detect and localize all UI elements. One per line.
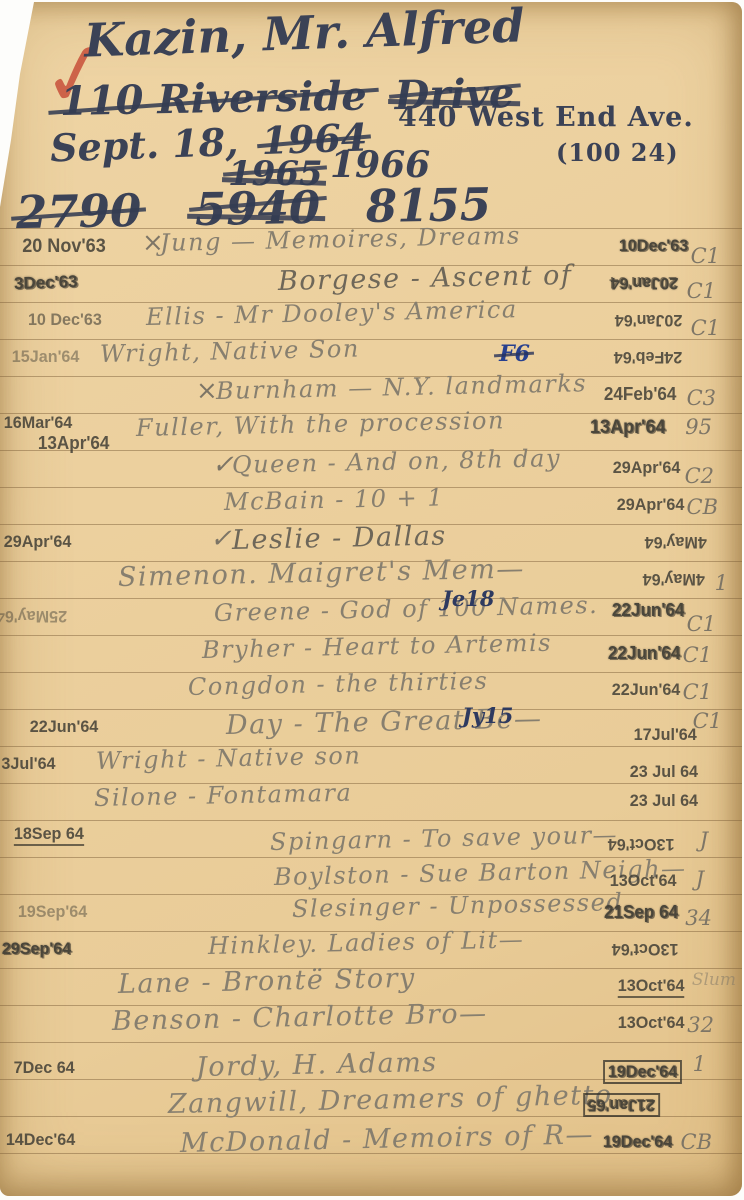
pencil-note: Slum <box>692 970 736 990</box>
return-date-stamp: 29Apr'64 <box>617 495 685 515</box>
return-date-stamp: 4May'64 <box>642 569 704 589</box>
entry-row: Simenon. Maigret's Mem— 4May'64 1 <box>0 561 742 598</box>
return-date-stamp: 13Apr'64 <box>590 417 666 439</box>
book-entry: Bryher - Heart to Artemis <box>202 629 552 664</box>
return-date-stamp: 13Oct'64 <box>608 834 675 854</box>
pencil-note: J <box>696 867 704 891</box>
borrower-name: Kazin, Mr. Alfred <box>83 0 525 68</box>
book-entry: Hinkley. Ladies of Lit— <box>208 925 525 960</box>
pencil-note: C3 <box>687 386 716 410</box>
entry-row: 29Sep'64 Hinkley. Ladies of Lit— 13Oct'6… <box>0 931 742 968</box>
entry-row: 3Dec'63 Borgese - Ascent of 20Jan'64 C1 <box>0 265 742 302</box>
entry-row: 19Sep'64 Slesinger - Unpossessed 21Sep 6… <box>0 894 742 931</box>
charge-date-stamp: 10 Dec'63 <box>28 310 102 330</box>
entry-row: 16Mar'64 13Apr'64 Fuller, With the proce… <box>0 413 742 450</box>
return-date-stamp: 20Jan'64 <box>611 273 679 293</box>
return-date-stamp: 24Feb'64 <box>604 384 677 405</box>
return-date-stamp: 13Oct'64 <box>618 976 685 998</box>
entry-row: Boylston - Sue Barton Neigh— 13Oct'64 J <box>0 857 742 894</box>
card-background: ✓ Kazin, Mr. Alfred 110 Riverside Drive … <box>0 2 742 1196</box>
entry-row: 14Dec'64 McDonald - Memoirs of R— 19Dec'… <box>0 1116 742 1153</box>
entry-row: Silone - Fontamara 23 Jul 64 <box>0 783 742 820</box>
return-date-stamp: 22Jun'64 <box>608 643 681 664</box>
return-date-stamp: 13Oct'64 <box>618 1013 685 1033</box>
pencil-note: 95 <box>685 415 712 439</box>
charge-date-stamp: 15Jan'64 <box>12 347 80 367</box>
pencil-note: CB <box>681 1130 713 1154</box>
charge-date-stamp: 3Jul'64 <box>1 754 55 774</box>
zip-code: (100 24) <box>556 138 679 167</box>
entry-row: Lane - Brontë Story 13Oct'64 Slum <box>0 968 742 1005</box>
pencil-note: 32 <box>687 1013 714 1037</box>
entry-row: McBain - 10 + 1 29Apr'64 CB <box>0 487 742 524</box>
charge-date-stamp: 7Dec 64 <box>14 1058 75 1078</box>
entry-row: ✓ Queen - And on, 8th day 29Apr'64 C2 <box>0 450 742 487</box>
book-entry: Jordy, H. Adams <box>196 1047 438 1083</box>
charge-date-stamp: 18Sep 64 <box>14 824 84 846</box>
entry-row: Bryher - Heart to Artemis 22Jun'64 C1 <box>0 635 742 672</box>
charge-date-stamp: 20 Nov'63 <box>22 236 106 258</box>
return-date-stamp: 4May'64 <box>644 532 706 552</box>
pencil-note: C1 <box>693 709 722 733</box>
library-card-scan: ✓ Kazin, Mr. Alfred 110 Riverside Drive … <box>0 0 744 1200</box>
pencil-note: J <box>700 828 708 852</box>
pencil-mark: × <box>196 376 218 406</box>
date-prefix: Sept. 18, <box>49 119 239 171</box>
book-entry: Spingarn - To save your— <box>270 821 619 856</box>
charge-date-stamp: 22Jun'64 <box>30 717 98 737</box>
pencil-note: 1 <box>693 1052 706 1076</box>
pencil-mark: ✓ <box>210 524 232 554</box>
pencil-note: CB <box>687 495 719 519</box>
entry-row: 18Sep 64 Spingarn - To save your— 13Oct'… <box>0 820 742 857</box>
return-date-stamp: 19Dec'64 <box>603 1132 672 1152</box>
new-address: 440 West End Ave. <box>398 102 694 133</box>
torn-corner <box>0 2 40 212</box>
charge-date-stamp: 29Sep'64 <box>2 939 71 959</box>
pencil-mark: ✓ <box>212 450 234 480</box>
return-date-stamp: 10Dec'63 <box>619 236 688 256</box>
charge-date-stamp: 25May'64 <box>0 606 67 626</box>
book-entry: Leslie - Dallas <box>232 521 447 556</box>
entry-row: 7Dec 64 Jordy, H. Adams 19Dec'64 1 <box>0 1042 742 1079</box>
pencil-note: 1 <box>715 571 728 595</box>
charge-date-stamp: 14Dec'64 <box>6 1130 75 1150</box>
return-date-stamp: 24Feb'64 <box>614 347 682 367</box>
book-entry: Benson - Charlotte Bro— <box>112 998 488 1037</box>
book-entry: Queen - And on, 8th day <box>232 444 562 479</box>
charge-date-stamp: 29Apr'64 <box>4 532 72 552</box>
pencil-note: C1 <box>691 316 720 340</box>
charge-date-stamp: 16Mar'64 <box>4 413 72 433</box>
pencil-note: C1 <box>683 643 712 667</box>
return-date-stamp: 13Oct'64 <box>612 939 679 959</box>
book-entry: Congdon - the thirties <box>188 667 489 701</box>
pencil-note: C1 <box>687 612 716 636</box>
return-date-stamp: 22Jun'64 <box>612 600 685 621</box>
pencil-note: 34 <box>685 906 712 930</box>
entry-row: 3Jul'64 Wright - Native son 23 Jul 64 <box>0 746 742 783</box>
entry-row: 20 Nov'63 × Jung — Memoires, Dreams 10De… <box>0 228 742 265</box>
book-entry: Wright - Native son <box>96 741 362 775</box>
entry-row: 10 Dec'63 Ellis - Mr Dooley's America 20… <box>0 302 742 339</box>
return-date-stamp: 17Jul'64 <box>633 725 696 745</box>
book-entry: Lane - Brontë Story <box>118 963 416 1000</box>
return-date-stamp: 23 Jul 64 <box>630 762 698 782</box>
ink-code-crossed: F6 <box>499 341 530 367</box>
book-entry: Slesinger - Unpossessed <box>292 888 624 923</box>
ink-date-note: Je18 <box>442 586 495 611</box>
book-entry: McBain - 10 + 1 <box>224 483 445 516</box>
book-entry: Zangwill, Dreamers of ghetto <box>168 1080 613 1120</box>
entry-row: Congdon - the thirties 22Jun'64 C1 <box>0 672 742 709</box>
return-date-stamp: 21Sep 64 <box>604 902 678 923</box>
book-entry: Silone - Fontamara <box>94 779 353 812</box>
pencil-note: C1 <box>683 680 712 704</box>
return-date-stamp: 21Jan'65 <box>583 1093 660 1117</box>
book-entry: Wright, Native Son <box>100 335 360 368</box>
ink-date-note: Jy15 <box>462 703 513 728</box>
entry-row: 22Jun'64 Jy15 Day - The Great Be— 17Jul'… <box>0 709 742 746</box>
entry-row: Zangwill, Dreamers of ghetto 21Jan'65 <box>0 1079 742 1116</box>
return-date-stamp: 22Jun'64 <box>612 680 680 700</box>
entry-row: × Burnham — N.Y. landmarks 24Feb'64 C3 <box>0 376 742 413</box>
return-date-stamp: 23 Jul 64 <box>630 791 698 811</box>
return-date-stamp: 29Apr'64 <box>613 458 681 478</box>
entry-row: Benson - Charlotte Bro— 13Oct'64 32 <box>0 1005 742 1042</box>
pencil-note: C2 <box>685 464 714 488</box>
entry-row: 25May'64 Je18 Greene - God of 100 Names.… <box>0 598 742 635</box>
entry-row: 15Jan'64 Wright, Native Son F6 24Feb'64 <box>0 339 742 376</box>
pencil-note: C1 <box>687 279 716 303</box>
charge-date-stamp: 3Dec'63 <box>14 272 78 294</box>
book-entry: Borgese - Ascent of <box>278 260 573 297</box>
charge-date-stamp: 19Sep'64 <box>18 902 87 922</box>
return-date-stamp: 20Jan'64 <box>615 310 683 330</box>
entry-row: 29Apr'64 ✓ Leslie - Dallas 4May'64 <box>0 524 742 561</box>
